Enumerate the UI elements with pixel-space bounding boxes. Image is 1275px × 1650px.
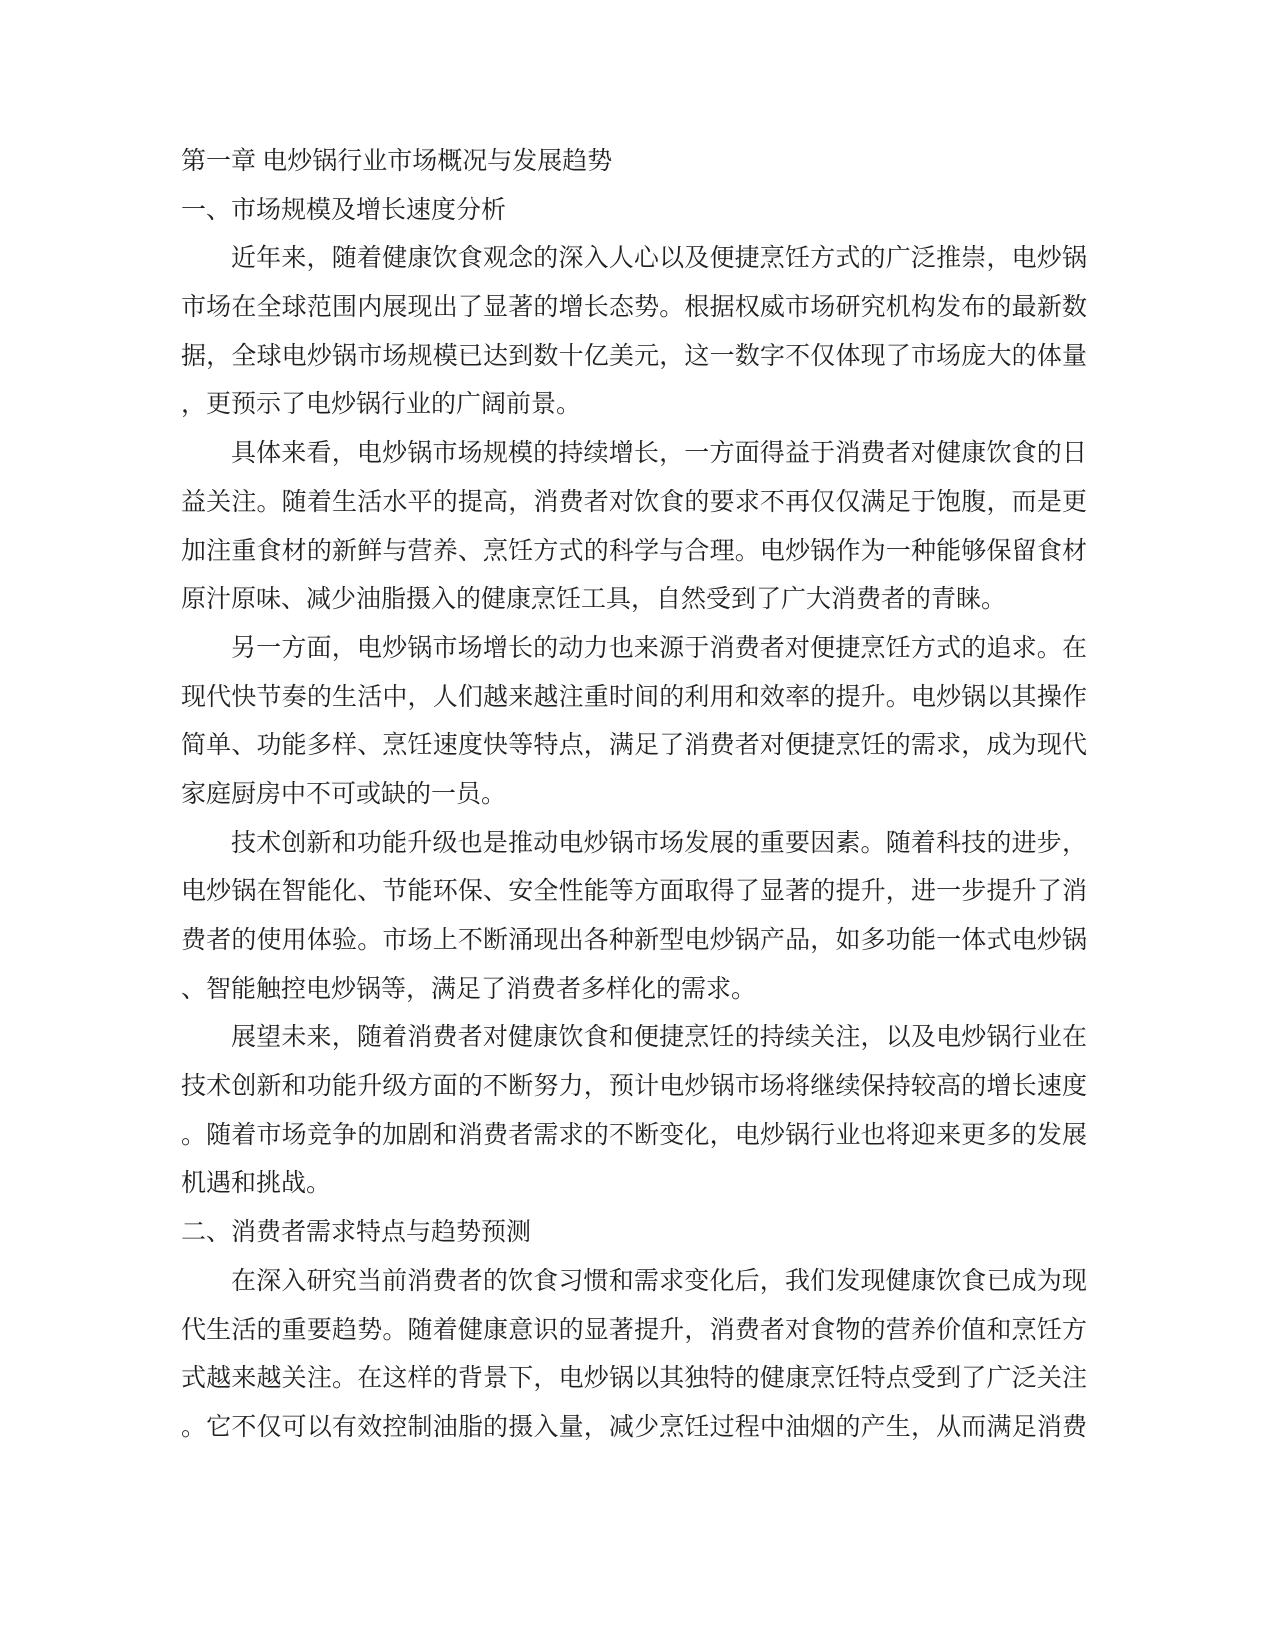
paragraph-line: 展望未来，随着消费者对健康饮食和便捷烹饪的持续关注，以及电炒锅行业在 — [181, 1014, 1087, 1063]
chapter-heading: 第一章 电炒锅行业市场概况与发展趋势 — [181, 138, 1087, 187]
paragraph-line: 技术创新和功能升级也是推动电炒锅市场发展的重要因素。随着科技的进步， — [181, 820, 1087, 869]
paragraph-line: 加注重食材的新鲜与营养、烹饪方式的科学与合理。电炒锅作为一种能够保留食材 — [181, 528, 1087, 577]
section-heading-1: 一、市场规模及增长速度分析 — [181, 187, 1087, 236]
document-text-block: 第一章 电炒锅行业市场概况与发展趋势 一、市场规模及增长速度分析 近年来，随着健… — [181, 138, 1087, 1453]
paragraph-line: 原汁原味、减少油脂摄入的健康烹饪工具，自然受到了广大消费者的青睐。 — [181, 576, 1087, 625]
paragraph-line: 、智能触控电炒锅等，满足了消费者多样化的需求。 — [181, 966, 1087, 1015]
paragraph-line: 。随着市场竞争的加剧和消费者需求的不断变化，电炒锅行业也将迎来更多的发展 — [181, 1112, 1087, 1161]
paragraph-line: ，更预示了电炒锅行业的广阔前景。 — [181, 381, 1087, 430]
paragraph-line: 市场在全球范围内展现出了显著的增长态势。根据权威市场研究机构发布的最新数 — [181, 284, 1087, 333]
paragraph-line: 具体来看，电炒锅市场规模的持续增长，一方面得益于消费者对健康饮食的日 — [181, 430, 1087, 479]
paragraph-line: 家庭厨房中不可或缺的一员。 — [181, 771, 1087, 820]
paragraph-line: 现代快节奏的生活中，人们越来越注重时间的利用和效率的提升。电炒锅以其操作 — [181, 674, 1087, 723]
paragraph-line: 机遇和挑战。 — [181, 1160, 1087, 1209]
paragraph-line: 技术创新和功能升级方面的不断努力，预计电炒锅市场将继续保持较高的增长速度 — [181, 1063, 1087, 1112]
paragraph-line: 代生活的重要趋势。随着健康意识的显著提升，消费者对食物的营养价值和烹饪方 — [181, 1307, 1087, 1356]
section-heading-2: 二、消费者需求特点与趋势预测 — [181, 1209, 1087, 1258]
paragraph-line: 在深入研究当前消费者的饮食习惯和需求变化后，我们发现健康饮食已成为现 — [181, 1258, 1087, 1307]
paragraph-line: 费者的使用体验。市场上不断涌现出各种新型电炒锅产品，如多功能一体式电炒锅 — [181, 917, 1087, 966]
document-page: 第一章 电炒锅行业市场概况与发展趋势 一、市场规模及增长速度分析 近年来，随着健… — [0, 0, 1275, 1650]
paragraph-line: 另一方面，电炒锅市场增长的动力也来源于消费者对便捷烹饪方式的追求。在 — [181, 625, 1087, 674]
paragraph-line: 电炒锅在智能化、节能环保、安全性能等方面取得了显著的提升，进一步提升了消 — [181, 868, 1087, 917]
paragraph-line: 简单、功能多样、烹饪速度快等特点，满足了消费者对便捷烹饪的需求，成为现代 — [181, 722, 1087, 771]
paragraph-line: 近年来，随着健康饮食观念的深入人心以及便捷烹饪方式的广泛推崇，电炒锅 — [181, 235, 1087, 284]
paragraph-line: 益关注。随着生活水平的提高，消费者对饮食的要求不再仅仅满足于饱腹，而是更 — [181, 479, 1087, 528]
paragraph-line: 据，全球电炒锅市场规模已达到数十亿美元，这一数字不仅体现了市场庞大的体量 — [181, 333, 1087, 382]
paragraph-line: 。它不仅可以有效控制油脂的摄入量，减少烹饪过程中油烟的产生，从而满足消费 — [181, 1404, 1087, 1453]
paragraph-line: 式越来越关注。在这样的背景下，电炒锅以其独特的健康烹饪特点受到了广泛关注 — [181, 1355, 1087, 1404]
